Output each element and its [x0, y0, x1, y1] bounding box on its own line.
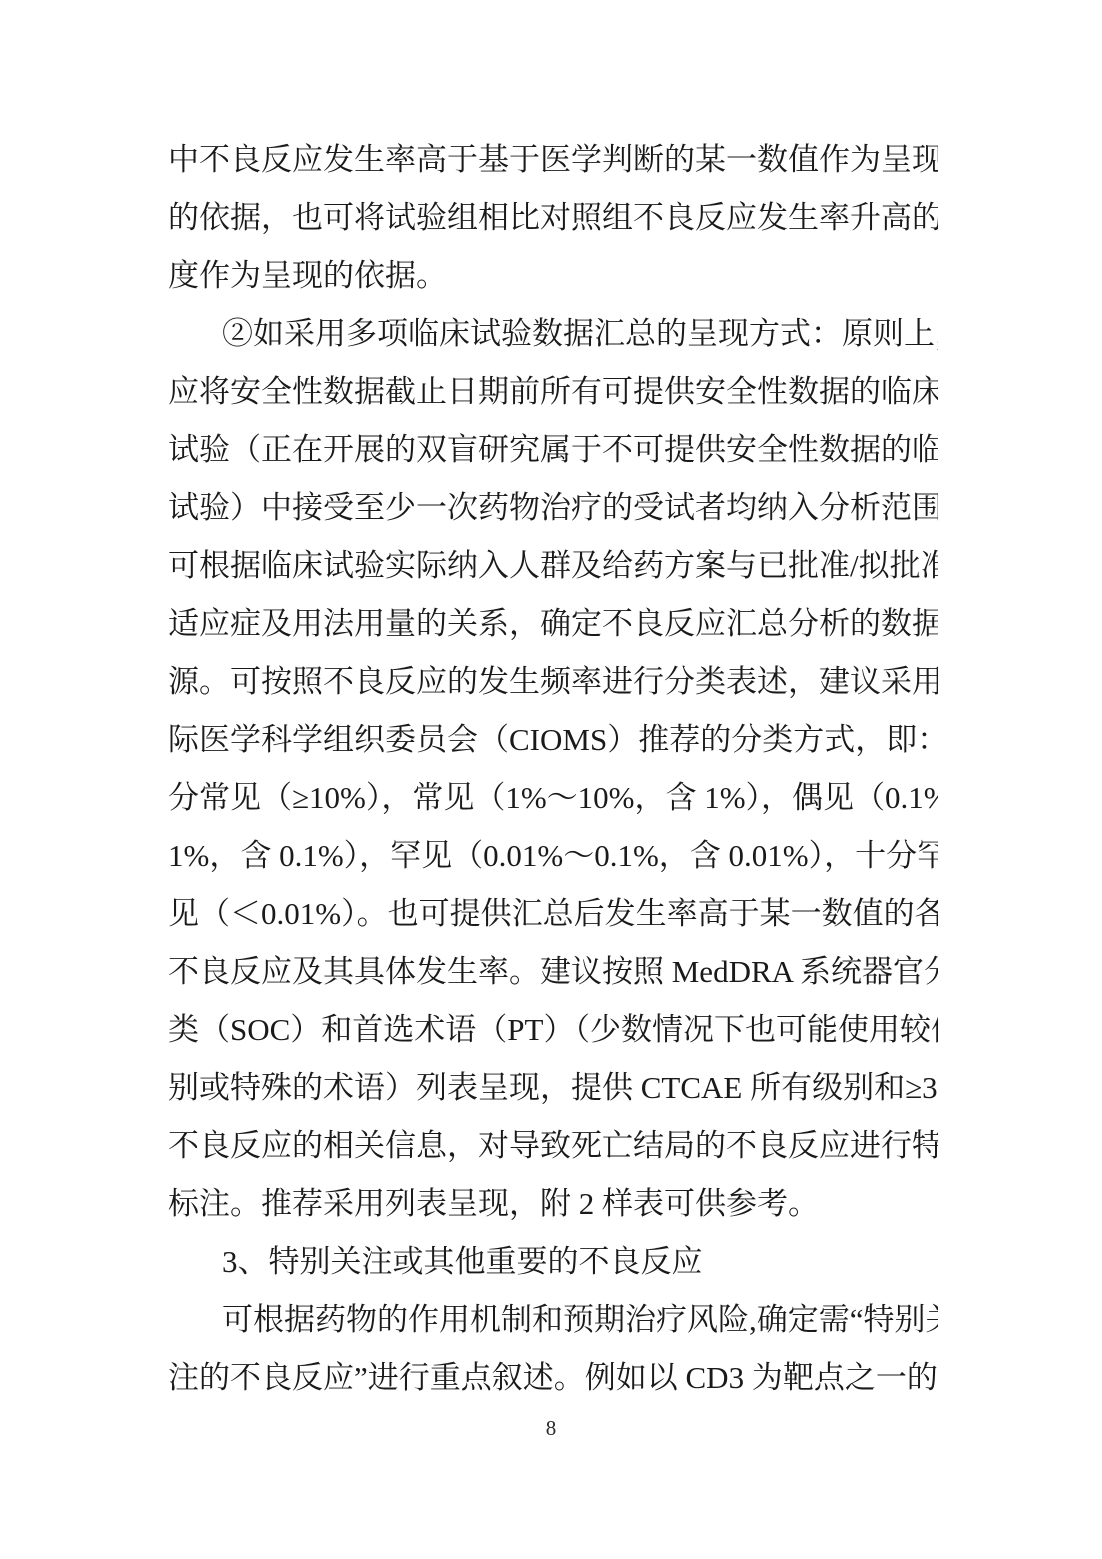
text-line: 的依据，也可将试验组相比对照组不良反应发生率升高的程 [168, 189, 938, 247]
text-line: 类（SOC）和首选术语（PT）（少数情况下也可能使用较低级 [168, 1001, 938, 1059]
text-line: 可根据临床试验实际纳入人群及给药方案与已批准/拟批准 [168, 537, 938, 595]
text-line: 应将安全性数据截止日期前所有可提供安全性数据的临床 [168, 363, 938, 421]
text-line: 度作为呈现的依据。 [168, 247, 938, 305]
document-page: 中不良反应发生率高于基于医学判断的某一数值作为呈现 的依据，也可将试验组相比对照… [0, 0, 1102, 1559]
text-line: 见（＜0.01%）。也可提供汇总后发生率高于某一数值的各项 [168, 885, 938, 943]
text-line: 试验）中接受至少一次药物治疗的受试者均纳入分析范围， [168, 479, 938, 537]
text-line: 分常见（≥10%），常见（1%～10%，含 1%），偶见（0.1%～ [168, 769, 938, 827]
text-line: 标注。推荐采用列表呈现，附 2 样表可供参考。 [168, 1175, 938, 1233]
section-heading: 3、特别关注或其他重要的不良反应 [168, 1233, 938, 1291]
text-line: 1%，含 0.1%），罕见（0.01%～0.1%，含 0.01%），十分罕 [168, 827, 938, 885]
text-line: 别或特殊的术语）列表呈现，提供 CTCAE 所有级别和≥3 级 [168, 1059, 938, 1117]
text-line: 试验（正在开展的双盲研究属于不可提供安全性数据的临床 [168, 421, 938, 479]
text-line: 不良反应及其具体发生率。建议按照 MedDRA 系统器官分 [168, 943, 938, 1001]
text-line: 适应症及用法用量的关系，确定不良反应汇总分析的数据来 [168, 595, 938, 653]
page-number: 8 [0, 1416, 1102, 1441]
text-line: 不良反应的相关信息，对导致死亡结局的不良反应进行特殊 [168, 1117, 938, 1175]
body-text: 中不良反应发生率高于基于医学判断的某一数值作为呈现 的依据，也可将试验组相比对照… [168, 131, 938, 1407]
text-line: 际医学科学组织委员会（CIOMS）推荐的分类方式，即：十 [168, 711, 938, 769]
text-line: 可根据药物的作用机制和预期治疗风险,确定需“特别关 [168, 1291, 938, 1349]
text-line: 源。可按照不良反应的发生频率进行分类表述，建议采用国 [168, 653, 938, 711]
text-line: 注的不良反应”进行重点叙述。例如以 CD3 为靶点之一的双 [168, 1349, 938, 1407]
text-line: 中不良反应发生率高于基于医学判断的某一数值作为呈现 [168, 131, 938, 189]
text-line: ②如采用多项临床试验数据汇总的呈现方式：原则上， [168, 305, 938, 363]
